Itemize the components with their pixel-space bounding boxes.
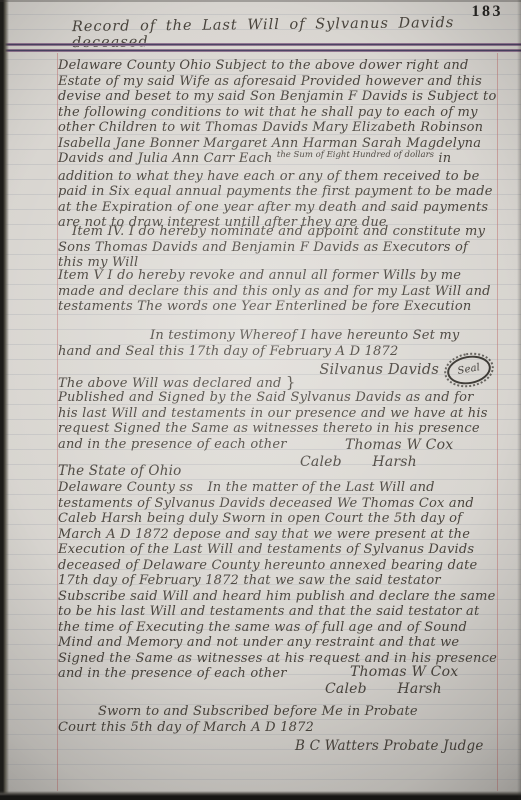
brace-mark: }: [286, 373, 296, 391]
bottom-page-edge: [0, 791, 521, 800]
probate-deposition: Delaware County ss In the matter of the …: [58, 480, 497, 682]
probate-county-label: Delaware County ss: [58, 480, 193, 495]
probate-state-line: The State of Ohio: [58, 464, 497, 480]
interlined-amount: the Sum of Eight Hundred of dollars: [277, 150, 434, 160]
probate-deposition-text: In the matter of the Last Will and testa…: [58, 480, 497, 681]
item-5-clause: Item V I do hereby revoke and annul all …: [58, 268, 497, 315]
judge-signature: B C Watters Probate Judge: [295, 739, 484, 755]
jurat-text: Sworn to and Subscribed before Me in Pro…: [58, 704, 451, 735]
testimonium-clause: In testimony Whereof I have hereunto Set…: [58, 328, 497, 359]
header-rule-bottom: [0, 49, 521, 52]
margin-line-right: [497, 53, 498, 791]
probate-witness-block: Thomas W Cox Caleb Harsh: [295, 664, 458, 698]
probate-witness-1: Thomas W Cox: [295, 664, 458, 681]
record-book-page: 183 Record of the Last Will of Sylvanus …: [0, 0, 521, 800]
item-4-clause: Item IV. I do hereby nominate and appoin…: [58, 224, 497, 271]
top-page-edge: [0, 0, 521, 2]
right-page-edge: [517, 0, 521, 800]
probate-witness-2: Caleb Harsh: [295, 681, 458, 698]
will-clause: Delaware County Ohio Subject to the abov…: [58, 58, 497, 231]
attestation-witness-1: Thomas W Cox: [300, 437, 453, 454]
binding-edge: [0, 0, 9, 800]
header-rule-top: [0, 43, 521, 46]
attestation-heading-text: The above Will was declared and: [58, 376, 282, 391]
page-number: 183: [472, 3, 504, 21]
